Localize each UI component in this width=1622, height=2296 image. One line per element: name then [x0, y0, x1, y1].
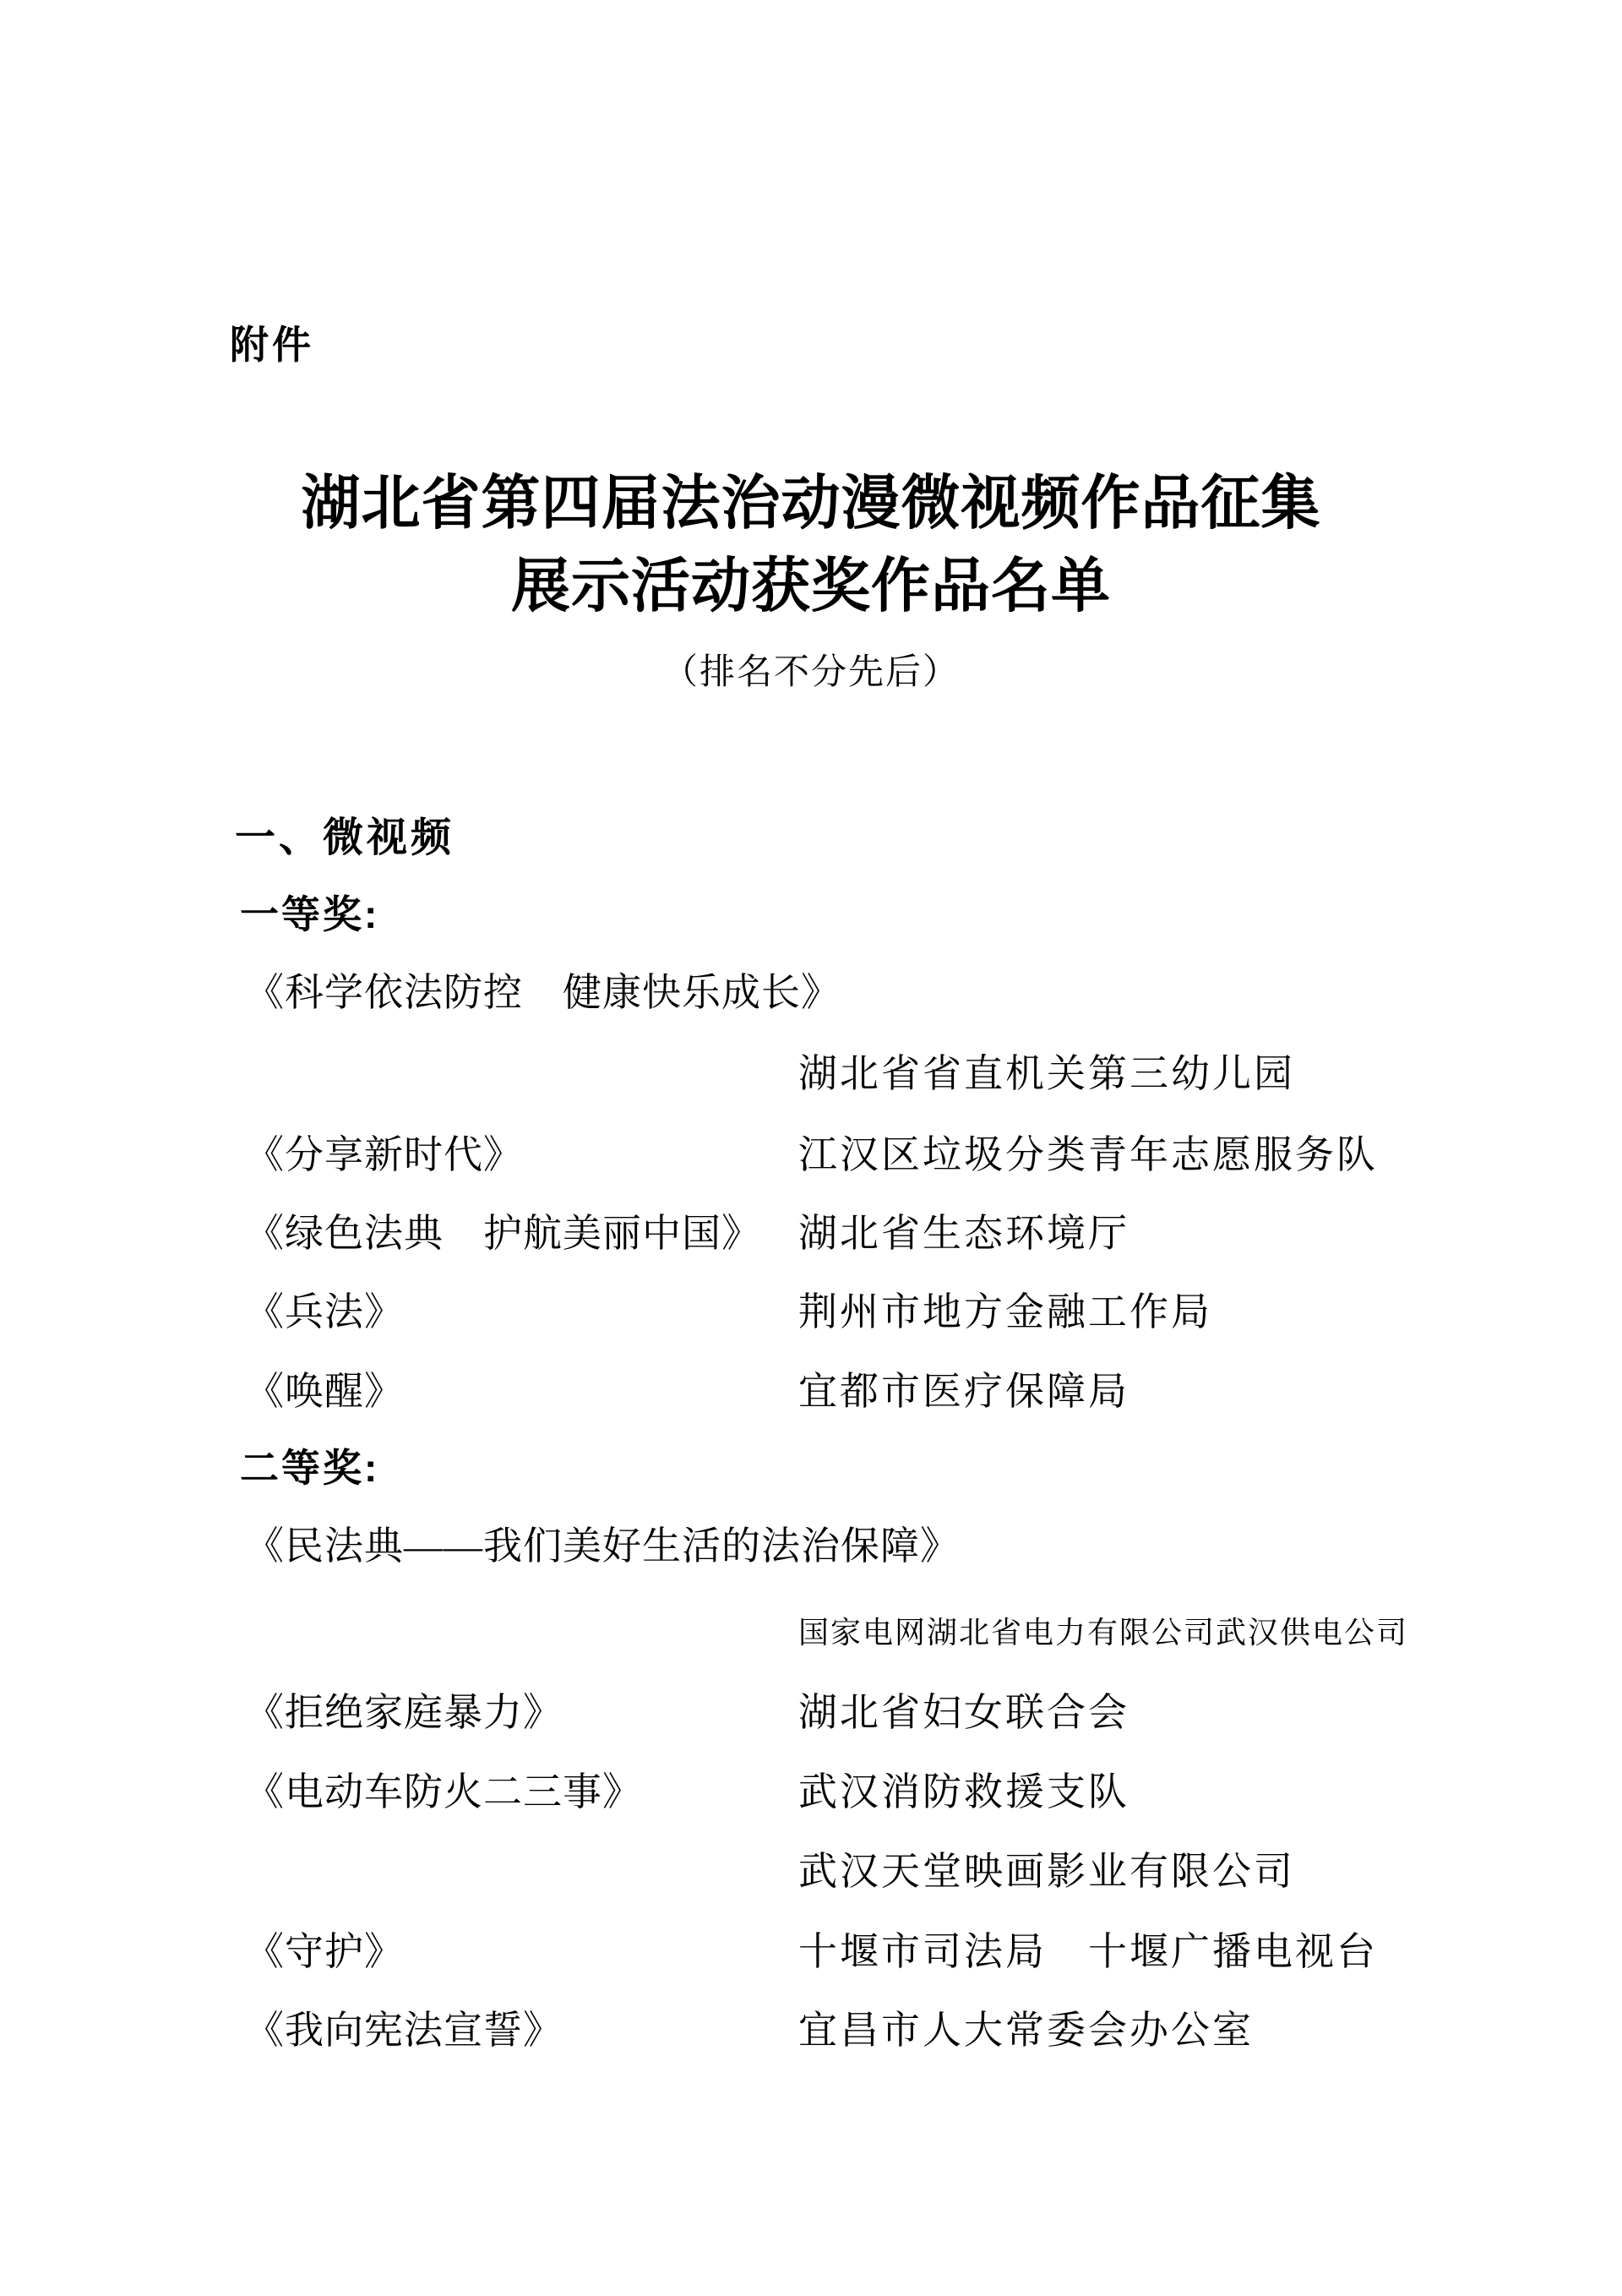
document-title-line1: 湖北省第四届法治动漫微视频作品征集 [0, 463, 1622, 546]
work-title: 《我向宪法宣誓》 [245, 1999, 563, 2055]
work-title: 《分享新时代》 [245, 1124, 523, 1180]
org-name: 宜都市医疗保障局 [798, 1361, 1129, 1416]
prize-label-first: 一等奖: [240, 884, 379, 940]
work-title: 《电动车防火二三事》 [245, 1761, 642, 1817]
org-name: 武汉消防救援支队 [798, 1761, 1129, 1817]
work-title: 《科学依法防控 健康快乐成长》 [245, 962, 841, 1017]
org-name: 武汉天堂映画影业有限公司 [798, 1841, 1295, 1896]
attachment-label: 附件 [230, 314, 314, 370]
award-row: 《绿色法典 护航美丽中国》 湖北省生态环境厅 [245, 1203, 1453, 1262]
award-row: 《我向宪法宣誓》 宜昌市人大常委会办公室 [245, 1999, 1453, 2059]
award-row: 《兵法》 荆州市地方金融工作局 [245, 1281, 1453, 1340]
org-name: 湖北省妇女联合会 [798, 1682, 1129, 1737]
section-heading-micro-video: 一、微视频 [235, 804, 454, 863]
award-row: 《科学依法防控 健康快乐成长》 [245, 962, 1453, 1021]
document-title-line2: 展示活动获奖作品名单 [0, 546, 1622, 629]
document-page: 附件 湖北省第四届法治动漫微视频作品征集 展示活动获奖作品名单 （排名不分先后）… [0, 0, 1622, 2296]
work-title: 《拒绝家庭暴力》 [245, 1682, 563, 1737]
work-title: 《兵法》 [245, 1281, 404, 1337]
award-row: 武汉天堂映画影业有限公司 [245, 1841, 1453, 1900]
work-title: 《守护》 [245, 1921, 404, 1977]
prize-label-second: 二等奖: [240, 1437, 379, 1493]
document-title: 湖北省第四届法治动漫微视频作品征集 展示活动获奖作品名单 [0, 463, 1622, 629]
org-name: 江汉区垃圾分类青年志愿服务队 [798, 1124, 1378, 1180]
award-row: 《唤醒》 宜都市医疗保障局 [245, 1361, 1453, 1420]
award-row: 《守护》 十堰市司法局 十堰广播电视台 [245, 1921, 1453, 1980]
award-row: 湖北省省直机关第三幼儿园 [245, 1043, 1453, 1102]
work-title: 《绿色法典 护航美丽中国》 [245, 1203, 761, 1258]
award-row: 《电动车防火二三事》 武汉消防救援支队 [245, 1761, 1453, 1820]
award-row: 《拒绝家庭暴力》 湖北省妇女联合会 [245, 1682, 1453, 1741]
award-row: 国家电网湖北省电力有限公司武汉供电公司 [245, 1604, 1453, 1663]
work-title: 《唤醒》 [245, 1361, 404, 1416]
org-name: 荆州市地方金融工作局 [798, 1281, 1212, 1337]
org-name: 十堰市司法局 十堰广播电视台 [798, 1921, 1378, 1977]
org-name: 湖北省生态环境厅 [798, 1203, 1129, 1258]
award-row: 《分享新时代》 江汉区垃圾分类青年志愿服务队 [245, 1124, 1453, 1183]
org-name: 国家电网湖北省电力有限公司武汉供电公司 [798, 1609, 1408, 1652]
org-name: 宜昌市人大常委会办公室 [798, 1999, 1254, 2055]
award-row: 《民法典——我们美好生活的法治保障》 [245, 1515, 1453, 1574]
document-subtitle: （排名不分先后） [0, 644, 1622, 695]
work-title: 《民法典——我们美好生活的法治保障》 [245, 1515, 960, 1571]
org-name: 湖北省省直机关第三幼儿园 [798, 1043, 1295, 1099]
